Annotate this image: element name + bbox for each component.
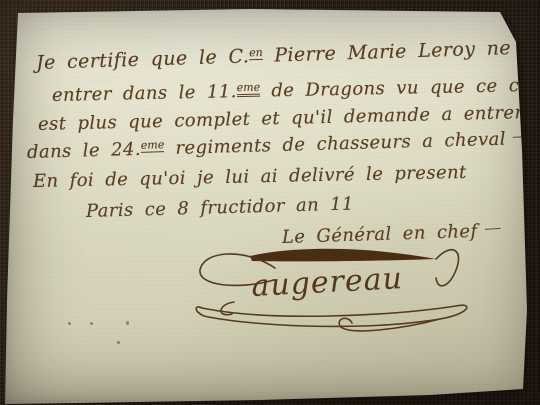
line4-text-post: regiments de chasseurs a cheval: [164, 129, 506, 160]
manuscript-line-1: Je certifie que le C.en Pierre Marie Ler…: [36, 34, 540, 74]
line1-text-post: Pierre Marie Leroy ne peut: [262, 35, 540, 67]
line2-text-pre: entrer dans le 11.: [52, 81, 237, 106]
pen-stroke: [484, 228, 500, 230]
line5-text: En foi de qu'oi je lui ai delivré le pre…: [33, 162, 467, 192]
dateline-text: Paris ce 8 fructidor an 11: [86, 194, 354, 222]
ink-speck: [68, 322, 71, 325]
signature-name: augereau: [251, 261, 404, 304]
line1-text-pre: Je certifie que le C.: [36, 45, 250, 74]
manuscript-line-5: En foi de qu'oi je lui ai delivré le pre…: [33, 162, 467, 192]
signature-heavy-stroke: [250, 249, 436, 262]
document-paper-wrap: Je certifie que le C.en Pierre Marie Ler…: [0, 0, 540, 405]
signature-underline: [196, 305, 467, 326]
line2-text-post: de Dragons vu que ce corps: [260, 74, 540, 101]
pen-stroke: [513, 135, 540, 138]
line2-superscript: eme: [237, 81, 261, 97]
photo-frame: Je certifie que le C.en Pierre Marie Ler…: [0, 0, 540, 405]
line4-superscript: eme: [141, 138, 165, 153]
ink-speck: [90, 322, 93, 325]
line1-superscript: en: [249, 46, 263, 60]
ink-speck: [126, 321, 129, 325]
signature-end-curl: [436, 250, 459, 286]
document-paper: Je certifie que le C.en Pierre Marie Ler…: [0, 0, 540, 405]
line4-text-pre: dans le 24.: [27, 139, 142, 163]
manuscript-line-2: entrer dans le 11.eme de Dragons vu que …: [52, 74, 540, 106]
signature-flourish: augereau: [190, 240, 490, 340]
pen-stroke: [530, 108, 540, 111]
ink-speck: [117, 341, 120, 344]
dateline: Paris ce 8 fructidor an 11: [86, 194, 354, 222]
